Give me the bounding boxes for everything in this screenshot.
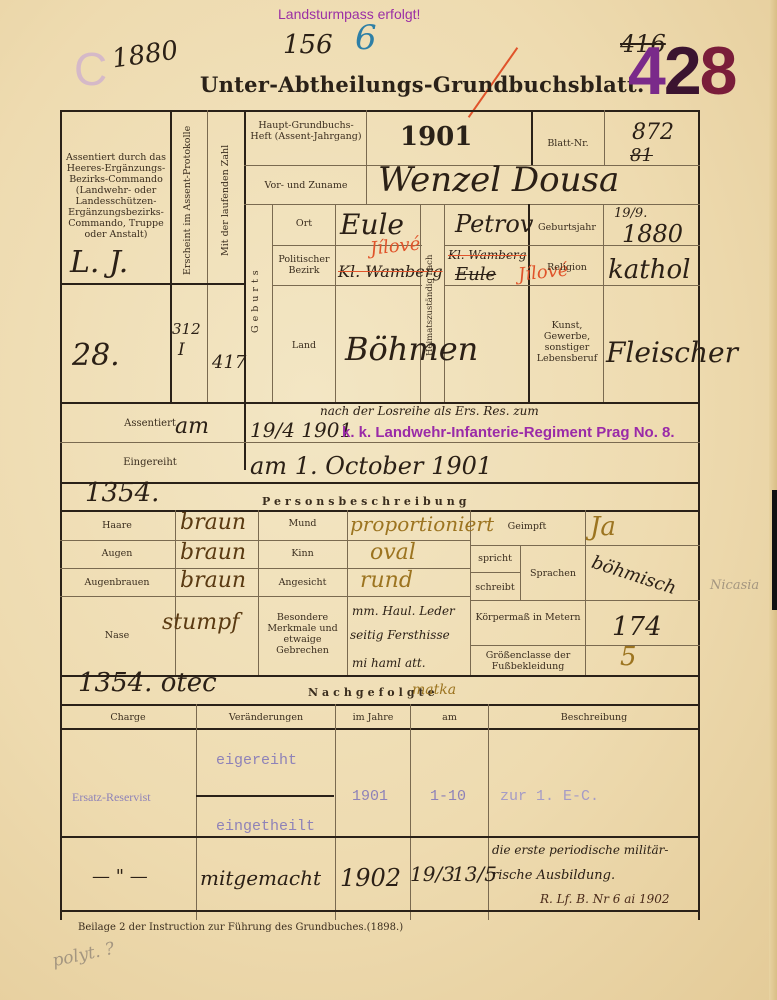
assent-number-value: 28. [72, 338, 120, 373]
beruf-value: Fleischer [606, 336, 738, 369]
geimpft-value: Ja [590, 512, 616, 542]
instruction-footer: Beilage 2 der Instruction zur Führung de… [78, 922, 403, 933]
ort-label: Ort [274, 218, 334, 229]
sprachen-label: Sprachen [522, 568, 584, 579]
regiment-stamp: k. k. Landwehr-Infanterie-Regiment Prag … [342, 424, 675, 441]
land-value: Böhmen [345, 330, 478, 368]
augenbrauen-label: Augenbrauen [62, 577, 172, 588]
sprachen-value: böhmisch [589, 552, 679, 599]
spricht-label: spricht [472, 553, 518, 564]
protokoll-label: Erscheint im Assent-Protokolle [182, 120, 193, 280]
assentiert-durch-label: Assentiert durch das Heeres-Ergänzungs-B… [64, 152, 168, 240]
augen-value: braun [180, 540, 246, 565]
heimat-crossed: Kl. Wamberg [448, 248, 526, 262]
blatt-nr-crossed: 81 [630, 145, 653, 166]
augen-label: Augen [62, 548, 172, 559]
name-label: Vor- und Zuname [248, 180, 364, 191]
binding-shadow [772, 490, 777, 610]
eingereiht-value: am 1. October 1901 [250, 452, 492, 480]
koerpermass-value: 174 [612, 612, 662, 642]
row2-veraenderung: mitgemacht [200, 866, 321, 890]
merkmale-value-3: mi haml att. [352, 656, 426, 670]
row2-am-2: 13/5 [452, 862, 497, 886]
person-heading: Personsbeschreibung [262, 495, 470, 508]
ort-correction: Jílové [369, 233, 421, 259]
row1-veraenderung-2: eingetheilt [216, 818, 315, 835]
row2-beschreibung-1: die erste periodische militär- [492, 843, 668, 857]
person-margin-number: 1354. [85, 478, 159, 508]
religion-label: Religion [531, 262, 603, 273]
eingereiht-label: Eingereiht [110, 457, 190, 468]
row1-beschreibung: zur 1. E-C. [500, 788, 599, 805]
row2-jahr: 1902 [340, 864, 401, 892]
blatt-nr-label: Blatt-Nr. [534, 138, 602, 149]
row1-veraenderung-1: eigereiht [216, 752, 297, 769]
laufende-zahl-label: Mit der laufenden Zahl [220, 120, 231, 280]
angesicht-value: rund [360, 568, 413, 593]
assentiert-label: Assentiert [120, 418, 180, 429]
merkmale-value-2: seitig Fersthisse [350, 628, 450, 642]
mund-label: Mund [260, 518, 345, 529]
assent-note: nach der Losreihe als Ers. Res. zum [320, 404, 539, 418]
page-title: Unter-Abtheilungs-Grundbuchsblatt. [200, 72, 645, 97]
row1-charge: Ersatz-Reservist [72, 790, 151, 805]
geburts-label: Geburts [250, 250, 261, 350]
heimat-label: Heimatszuständig nach [425, 250, 435, 360]
haare-label: Haare [62, 520, 172, 531]
col-am: am [412, 712, 487, 723]
geimpft-label: Geimpft [472, 521, 582, 532]
pencil-note: polyt. ? [51, 939, 117, 972]
assentiert-date: 19/4 1901 [250, 418, 352, 442]
geburtsjahr-label: Geburtsjahr [531, 222, 603, 233]
side-pencil-note: Nicasia [710, 578, 759, 593]
haare-value: braun [180, 510, 246, 535]
assentiert-durch-value: L. J. [70, 245, 128, 280]
assentiert-am: am [175, 414, 209, 439]
nachgefolgte-margin-number: 1354. otec [78, 668, 217, 698]
row1-am: 1-10 [430, 788, 466, 805]
augenbrauen-value: braun [180, 568, 246, 593]
col-beschreibung: Beschreibung [490, 712, 698, 723]
schreibt-label: schreibt [472, 582, 518, 593]
nase-value: stumpf [162, 610, 239, 635]
sheet-number-stamp: 428 [628, 32, 735, 110]
heimat-bezirk-value: Eule [455, 264, 496, 285]
blatt-nr-value: 872 [632, 120, 674, 145]
nachgefolgte-heading-hand: matka [412, 682, 456, 698]
year-note: 1880 [110, 36, 180, 75]
col-im-jahre: im Jahre [337, 712, 409, 723]
merkmale-label: Besondere Merkmale und etwaige Gebrechen [260, 612, 345, 656]
landsturmpass-stamp: Landsturmpass erfolgt! [278, 6, 420, 22]
groessenclasse-value: 5 [620, 642, 637, 672]
beruf-label: Kunst, Gewerbe, sonstiger Lebensberuf [531, 320, 603, 364]
letter-stamp: C [74, 42, 107, 96]
col-veraenderungen: Veränderungen [198, 712, 334, 723]
groessenclasse-label: Größenclasse der Fußbekleidung [472, 650, 584, 672]
kinn-value: oval [370, 540, 416, 565]
row1-jahr: 1901 [352, 788, 388, 805]
kinn-label: Kinn [260, 548, 345, 559]
religion-value: kathol [608, 255, 690, 285]
name-value: Wenzel Dousa [378, 160, 619, 200]
haupt-grundbuch-label: Haupt-Grundbuchs-Heft (Assent-Jahrgang) [248, 120, 364, 142]
blue-number-note: 6 [355, 18, 377, 58]
angesicht-label: Angesicht [260, 577, 345, 588]
row2-am-1: 19/3 [410, 862, 455, 886]
row2-beschreibung-2: rische Ausbildung. [492, 868, 615, 883]
haupt-grundbuch-value: 1901 [400, 122, 472, 152]
land-label: Land [274, 340, 334, 351]
col-charge: Charge [62, 712, 194, 723]
protokoll-value-2: I [178, 340, 185, 360]
politischer-bezirk-label: Politischer Bezirk [274, 254, 334, 276]
nase-label: Nase [62, 630, 172, 641]
row2-charge: — " — [92, 866, 148, 887]
heimat-ort-value: Petrov [455, 210, 533, 238]
geburtsjahr-value: 1880 [622, 220, 683, 248]
number-note: 156 [283, 30, 333, 60]
geburtsjahr-date: 19/9. [614, 206, 647, 221]
merkmale-value-1: mm. Haul. Leder [352, 604, 455, 618]
koerpermass-label: Körpermaß in Metern [472, 612, 584, 623]
protokoll-value-1: 312 [172, 320, 201, 338]
laufende-zahl-value: 417 [212, 352, 246, 373]
row2-beschreibung-3: R. Lf. B. Nr 6 ai 1902 [540, 892, 670, 906]
